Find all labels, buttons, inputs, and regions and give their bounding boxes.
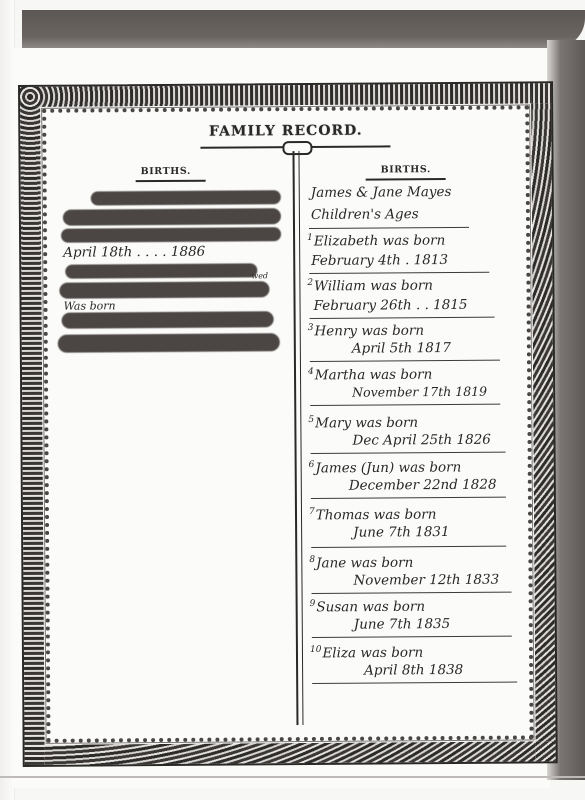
redaction-bar (91, 190, 281, 205)
record-content: FAMILY RECORD. BIRTHS. April 18th . . . … (50, 113, 525, 734)
redaction-bar (65, 263, 257, 278)
redaction-bar (61, 227, 281, 243)
birth-entry-name: 2William was born (307, 277, 433, 294)
birth-entry-name: 5Mary was born (308, 414, 418, 431)
redaction-bar (58, 333, 280, 353)
left-entry-fragment: Was born (63, 299, 115, 312)
ruled-line (309, 227, 469, 229)
column-divider (292, 151, 303, 725)
birth-entry-name: 1Elizabeth was born (307, 232, 445, 249)
redaction-bar (63, 208, 281, 226)
birth-entry-date: Dec April 25th 1826 (352, 432, 490, 449)
ruled-line (312, 592, 512, 594)
birth-entry-date: April 8th 1838 (364, 662, 463, 679)
birth-entry-date: June 7th 1831 (353, 524, 450, 541)
ruled-line (311, 546, 506, 548)
redaction-bar (62, 311, 274, 328)
ruled-line (311, 497, 506, 499)
ruled-line (310, 404, 500, 406)
ruled-line (311, 452, 506, 454)
birth-entry-date: June 7th 1835 (354, 616, 451, 633)
birth-entry-name: 10Eliza was born (310, 644, 423, 661)
page-title: FAMILY RECORD. (50, 121, 521, 140)
children-ages-line: Children's Ages (311, 206, 419, 223)
ruled-line (310, 360, 500, 362)
redaction-bar (59, 281, 269, 298)
scan-bottom-edge (0, 776, 585, 778)
birth-entry-name: 3Henry was born (308, 322, 424, 339)
birth-entry-date: November 17th 1819 (352, 384, 487, 400)
ruled-line (312, 682, 517, 684)
birth-entry-name: 9Susan was born (310, 598, 426, 615)
birth-entry-date: December 22nd 1828 (349, 477, 497, 494)
left-entry-fragment: wed (251, 271, 268, 280)
right-births-heading: BIRTHS. (381, 164, 431, 175)
ruled-line (312, 636, 512, 638)
left-entry-fragment: April 18th . . . . 1886 (63, 244, 205, 261)
birth-entry-name: 8Jane was born (309, 554, 413, 571)
ruled-line (309, 272, 489, 274)
ruled-line (310, 317, 495, 319)
left-births-heading: BIRTHS. (141, 166, 191, 177)
right-heading-ornament (366, 178, 446, 181)
scan-left-edge (0, 0, 15, 800)
scan-top-shadow (22, 10, 585, 48)
birth-entry-date: April 5th 1817 (352, 340, 451, 357)
birth-entry-name: 6James (Jun) was born (309, 459, 462, 477)
birth-entry-date: November 12th 1833 (353, 572, 499, 589)
family-name-line: James & Jane Mayes (311, 184, 452, 201)
birth-entry-name: 4Martha was born (308, 366, 432, 383)
family-record-frame: FAMILY RECORD. BIRTHS. April 18th . . . … (18, 81, 558, 767)
birth-entry-date: February 4th . 1813 (311, 252, 448, 269)
birth-entry-name: 7Thomas was born (309, 506, 436, 523)
left-heading-ornament (136, 180, 206, 182)
birth-entry-date: February 26th . . 1815 (313, 297, 467, 314)
